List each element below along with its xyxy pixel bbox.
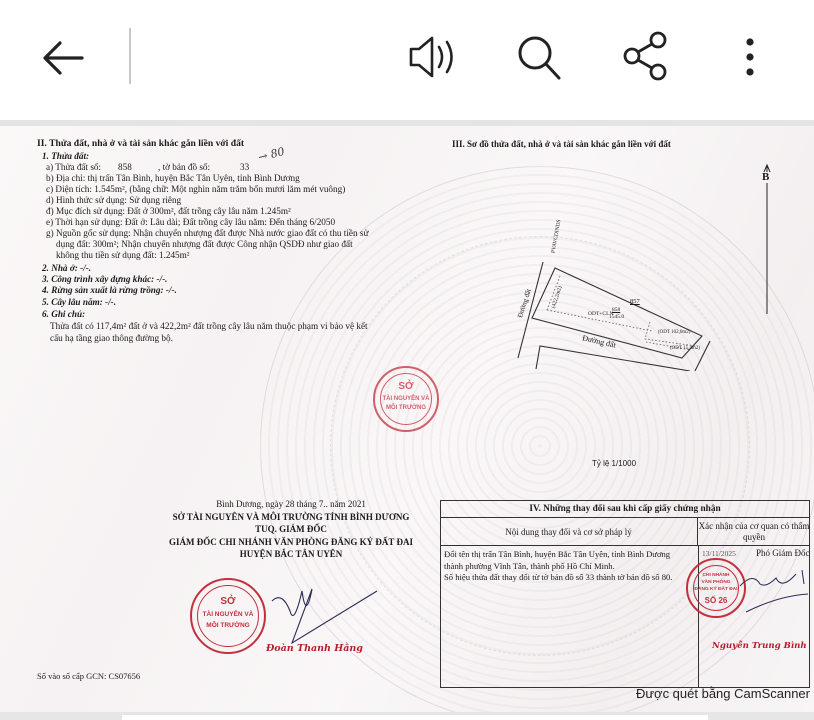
back-button[interactable] [38,38,88,78]
authority-line: TUQ. GIÁM ĐỐC [150,523,432,536]
issue-date: Bình Dương, ngày 28 tháng 7.. năm 2021 [150,498,432,511]
other-construction-line: 3. Công trình xây dựng khác: -/-. [42,274,167,285]
section-4-title: IV. Những thay đổi sau khi cấp giấy chứn… [440,500,810,518]
table-row: Đổi tên thị trấn Tân Bình, huyện Bắc Tân… [444,549,696,584]
signature-doan-thanh-hang [262,581,382,651]
north-arrow-icon [762,164,772,314]
notes-line-1: Thửa đất có 117,4m² đất ở và 422,2m² đất… [50,321,368,332]
origin-line-2: dụng đất: 300m²; Nhận chuyển nhượng đất … [56,239,353,250]
perennial-line: 5. Cây lâu năm: -/-. [42,297,116,308]
map-sheet-number: 33 [240,162,249,173]
subsection-land-parcel: 1. Thửa đất: [42,151,89,162]
search-icon [515,33,565,81]
neighbor-parcel-label: 857 [630,296,640,307]
section-3-title: III. Sơ đồ thửa đất, nhà ở và tài sản kh… [452,139,671,150]
use-form-line: d) Hình thức sử dụng: Sử dụng riêng [46,195,181,206]
confirming-role: Phó Giám Đốc [756,548,810,559]
issuing-department: SỞ TÀI NGUYÊN VÀ MÔI TRƯỜNG TỈNH BÌNH DƯ… [150,511,432,524]
more-vertical-icon [738,34,762,80]
district-office: HUYỆN BẮC TÂN UYÊN [150,548,432,561]
toolbar-divider [129,28,131,84]
share-icon [620,30,672,82]
notes-line-2: cấu hạ tầng giao thông đường bộ. [50,333,173,344]
director-title: GIÁM ĐỐC CHI NHÁNH VĂN PHÒNG ĐĂNG KÝ ĐẤT… [150,536,432,549]
department-stamp: SỞ TÀI NGUYÊN VÀ MÔI TRƯỜNG [373,366,439,432]
change-line-2: thành phường Vĩnh Tân, thành phố Hồ Chí … [444,561,696,573]
corridor-area-odt-1: (ODT 102,0m2) [658,327,690,338]
signature-nguyen-trung-binh [738,566,810,616]
arrow-left-icon [38,38,88,78]
camscanner-watermark: Được quét bằng CamScanner [636,686,810,701]
table-header-confirmation: Xác nhận của cơ quan có thẩm quyền [698,518,810,546]
confirming-signer-name: Nguyễn Trung Bình [712,641,807,652]
speaker-read-aloud-icon [405,33,461,81]
gcn-registry-number: Số vào sổ cấp GCN: CS07656 [37,671,140,682]
section-2-title: II. Thửa đất, nhà ở và tài sản khác gắn … [37,138,244,149]
origin-line-3: không thu tiền sử dụng đất: 1.245m² [56,250,190,261]
notes-title: 6. Ghi chú: [42,309,85,320]
forest-line: 4. Rừng sản xuất là rừng trồng: -/-. [42,285,177,296]
top-app-bar [0,0,814,120]
origin-line-1: g) Nguồn gốc sử dụng: Nhận chuyển nhượng… [46,228,368,239]
parcel-number: 858 [118,162,132,173]
house-line: 2. Nhà ở: -/-. [42,263,91,274]
map-sheet-label: , tờ bản đồ số: [158,162,210,173]
north-label: B [762,172,769,183]
registration-office-stamp: CHI NHÁNH VĂN PHÒNG ĐĂNG KÝ ĐẤT ĐAI SỐ 2… [686,558,746,618]
handwritten-map-note: → 80 [257,145,286,164]
more-options-button[interactable] [738,34,762,80]
address-line: b) Địa chỉ: thị trấn Tân Bình, huyện Bắc… [46,173,300,184]
area-line: c) Diện tích: 1.545m², (bằng chữ: Một ng… [46,184,345,195]
change-line-3: Số hiệu thửa đất thay đổi từ tờ bản đồ s… [444,572,696,584]
term-line: e) Thời hạn sử dụng: Đất ở: Lâu dài; Đất… [46,217,335,228]
share-button[interactable] [620,30,672,82]
signature-stamp: SỞ TÀI NGUYÊN VÀ MÔI TRƯỜNG [190,578,266,654]
parcel-area-label: 1545.0 [609,312,624,323]
table-header-content: Nội dung thay đổi và cơ sở pháp lý [440,518,698,546]
diagram-scale: Tỷ lệ 1/1000 [592,458,636,469]
read-aloud-button[interactable] [405,33,461,81]
next-page-preview[interactable] [0,712,814,720]
change-line-1: Đổi tên thị trấn Tân Bình, huyện Bắc Tân… [444,549,696,561]
parcel-label: a) Thửa đất số: [46,162,101,173]
corridor-area-odt-2: (ODT 15,4m2) [670,343,700,354]
signature-block: Bình Dương, ngày 28 tháng 7.. năm 2021 S… [150,498,432,561]
purpose-line: đ) Mục đích sử dụng: Đất ở 300m², đất tr… [46,206,291,217]
scanned-certificate-page[interactable]: II. Thửa đất, nhà ở và tài sản khác gắn … [0,126,814,712]
signer-name: Đoàn Thanh Hằng [266,643,363,654]
search-button[interactable] [515,33,565,81]
